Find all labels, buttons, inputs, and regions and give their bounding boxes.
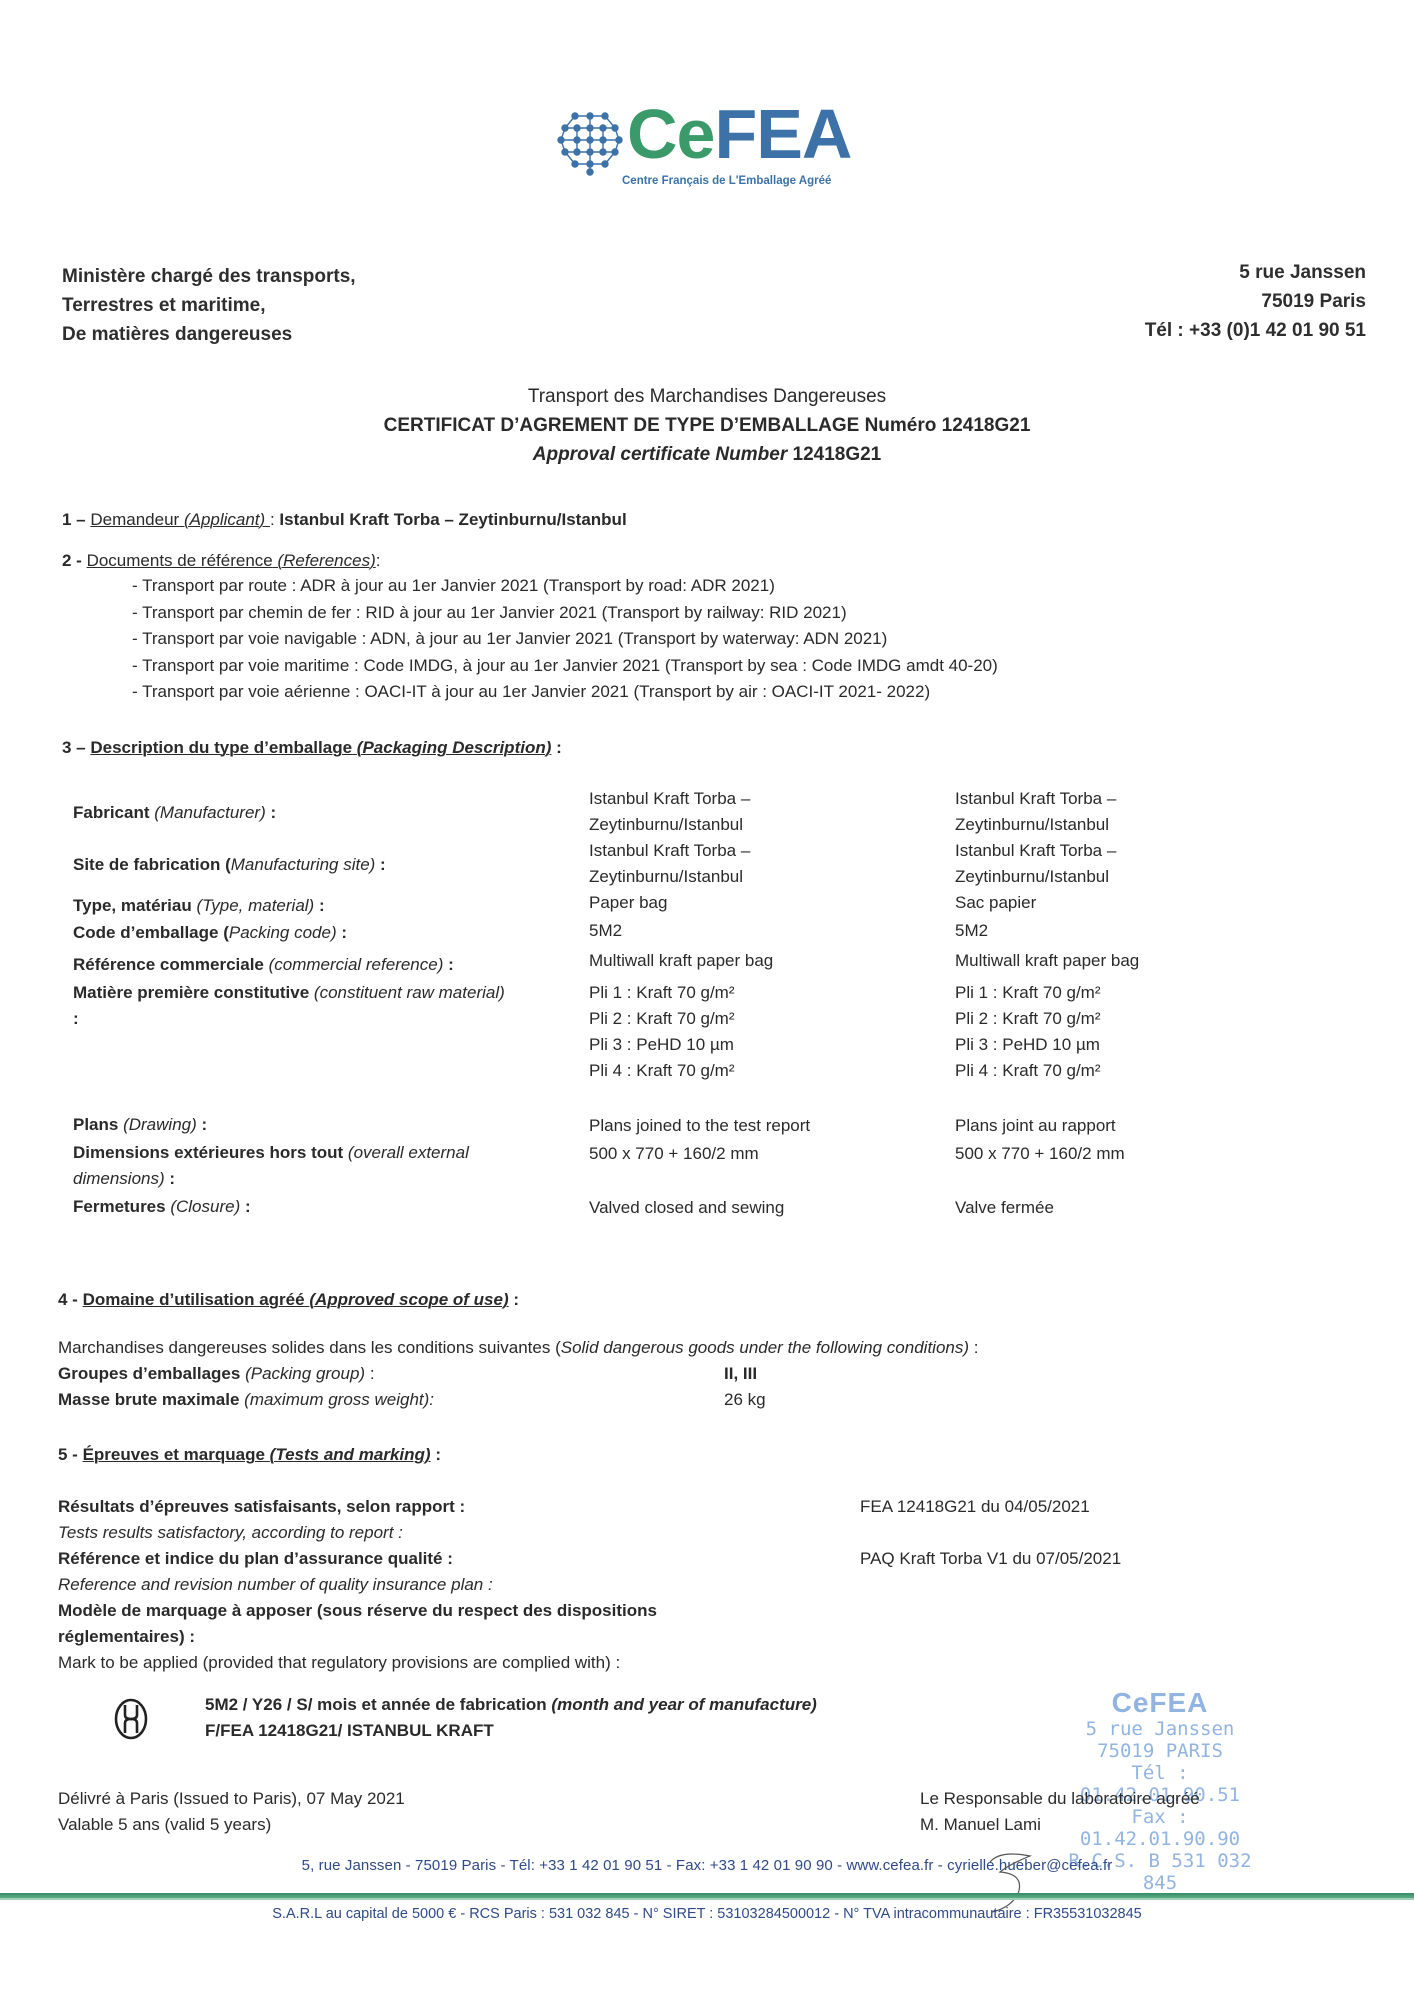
colon: : <box>240 1197 250 1216</box>
scope-intro-en: Solid dangerous goods under the followin… <box>561 1338 969 1357</box>
address-line: 5 rue Janssen <box>1145 258 1366 287</box>
section-applicant: 1 – Demandeur (Applicant) : Istanbul Kra… <box>62 507 627 533</box>
colon: : <box>337 923 347 942</box>
value-line: Multiwall kraft paper bag <box>955 948 1255 974</box>
title-approval-label: Approval certificate Number <box>533 444 787 465</box>
ministry-line: De matières dangereuses <box>62 320 356 349</box>
section-label-en: (Packaging Description) <box>357 738 552 757</box>
certificate-number: 12418G21 <box>793 444 882 465</box>
packaging-value-en: Multiwall kraft paper bag <box>589 948 889 974</box>
row-label-en: (Drawing) <box>118 1115 196 1134</box>
address-line: 75019 Paris <box>1145 287 1366 316</box>
value-line: Paper bag <box>589 890 889 916</box>
packaging-value-fr: Multiwall kraft paper bag <box>955 948 1255 974</box>
row-label-fr: Type, matériau <box>73 896 192 915</box>
footer-contact: 5, rue Janssen - 75019 Paris - Tél: +33 … <box>0 1857 1414 1874</box>
scope-intro-fr: Marchandises dangereuses solides dans le… <box>58 1338 561 1357</box>
address-block: 5 rue Janssen 75019 Paris Tél : +33 (0)1… <box>1145 258 1366 345</box>
packaging-value-en: Plans joined to the test report <box>589 1113 889 1139</box>
section-heading: Description du type d’emballage (Packagi… <box>90 738 551 757</box>
section-number: 5 - <box>58 1445 78 1464</box>
reference-list: - Transport par route : ADR à jour au 1e… <box>132 573 998 706</box>
qa-label-en: Reference and revision number of quality… <box>58 1572 758 1598</box>
packing-group-label: Groupes d’emballages (Packing group) : <box>58 1361 375 1387</box>
value-line: 5M2 <box>955 918 1255 944</box>
packaging-row-label: Plans (Drawing) : <box>73 1112 513 1138</box>
section-tests-marking: 5 - Épreuves et marquage (Tests and mark… <box>58 1442 441 1468</box>
section-number: 3 – <box>62 738 86 757</box>
packaging-value-fr: Plans joint au rapport <box>955 1113 1255 1139</box>
molecule-grid-icon <box>555 108 625 178</box>
ministry-line: Ministère chargé des transports, <box>62 262 356 291</box>
colon: : <box>556 738 562 757</box>
value-line: Pli 4 : Kraft 70 g/m² <box>589 1058 889 1084</box>
mark-label: Modèle de marquage à apposer (sous réser… <box>58 1598 738 1650</box>
row-label-en: (Closure) <box>166 1197 241 1216</box>
validity: Valable 5 ans (valid 5 years) <box>58 1812 405 1838</box>
section-label-en: (Applicant) <box>184 510 265 529</box>
packaging-value-fr: Sac papier <box>955 890 1255 916</box>
packaging-value-en: Valved closed and sewing <box>589 1195 889 1221</box>
colon: : <box>443 955 453 974</box>
packaging-row-label: Type, matériau (Type, material) : <box>73 893 513 919</box>
section-packaging-description: 3 – Description du type d’emballage (Pac… <box>62 735 562 761</box>
ministry-line: Terrestres et maritime, <box>62 291 356 320</box>
value-line: Sac papier <box>955 890 1255 916</box>
value-line: Plans joint au rapport <box>955 1113 1255 1139</box>
packaging-row-label: Site de fabrication (Manufacturing site)… <box>73 852 513 878</box>
packaging-value-fr: Istanbul Kraft Torba –Zeytinburnu/Istanb… <box>955 786 1255 838</box>
packaging-value-en: Paper bag <box>589 890 889 916</box>
value-line: 5M2 <box>589 918 889 944</box>
signatory-block: Le Responsable du laboratoire agréé M. M… <box>920 1786 1200 1838</box>
section-heading: Demandeur (Applicant) <box>90 510 265 529</box>
reference-item: - Transport par voie aérienne : OACI-IT … <box>132 679 998 706</box>
row-label-en: (Type, material) <box>192 896 315 915</box>
packing-group-label-fr: Groupes d’emballages <box>58 1364 240 1383</box>
ministry-block: Ministère chargé des transports, Terrest… <box>62 262 356 349</box>
reference-item: - Transport par voie navigable : ADN, à … <box>132 626 998 653</box>
colon: : <box>969 1338 978 1357</box>
section-label-en: (References) <box>277 551 375 570</box>
value-line: Pli 3 : PeHD 10 µm <box>955 1032 1255 1058</box>
value-line: Valve fermée <box>955 1195 1255 1221</box>
row-label-fr: Fabricant <box>73 803 150 822</box>
issued-date: Délivré à Paris (Issued to Paris), 07 Ma… <box>58 1786 405 1812</box>
packaging-row-label: Matière première constitutive (constitue… <box>73 980 513 1032</box>
row-label-en: Packing code) <box>229 923 337 942</box>
value-line: Istanbul Kraft Torba – <box>955 838 1255 864</box>
value-line: Plans joined to the test report <box>589 1113 889 1139</box>
gross-weight-label: Masse brute maximale (maximum gross weig… <box>58 1387 434 1413</box>
packaging-value-fr: 500 x 770 + 160/2 mm <box>955 1141 1255 1167</box>
logo-fea: FEA <box>714 95 851 173</box>
section-number: 2 - <box>62 551 82 570</box>
row-label-en: (constituent raw material) <box>309 983 505 1002</box>
results-value: FEA 12418G21 du 04/05/2021 <box>860 1494 1090 1520</box>
reference-item: - Transport par chemin de fer : RID à jo… <box>132 600 998 627</box>
value-line: Pli 2 : Kraft 70 g/m² <box>589 1006 889 1032</box>
packing-group-value: II, III <box>724 1361 757 1387</box>
colon: : <box>165 1169 175 1188</box>
section-label: Domaine d’utilisation agréé <box>83 1290 305 1309</box>
scope-intro: Marchandises dangereuses solides dans le… <box>58 1335 1358 1361</box>
packaging-value-en: Pli 1 : Kraft 70 g/m²Pli 2 : Kraft 70 g/… <box>589 980 889 1084</box>
results-label-en: Tests results satisfactory, according to… <box>58 1520 758 1546</box>
section-label-en: (Approved scope of use) <box>309 1290 508 1309</box>
signatory-title: Le Responsable du laboratoire agréé <box>920 1786 1200 1812</box>
colon: : <box>435 1445 441 1464</box>
value-line: Istanbul Kraft Torba – <box>955 786 1255 812</box>
section-heading: Documents de référence (References) <box>87 551 376 570</box>
value-line: Pli 4 : Kraft 70 g/m² <box>955 1058 1255 1084</box>
row-label-en: Manufacturing site) <box>231 855 376 874</box>
value-line: Zeytinburnu/Istanbul <box>955 864 1255 890</box>
reference-item: - Transport par route : ADR à jour au 1e… <box>132 573 998 600</box>
value-line: Pli 3 : PeHD 10 µm <box>589 1032 889 1058</box>
marking-code-en: (month and year of manufacture) <box>551 1695 816 1714</box>
value-line: Istanbul Kraft Torba – <box>589 838 889 864</box>
marking-line-1: 5M2 / Y26 / S/ mois et année de fabricat… <box>205 1692 817 1718</box>
gross-weight-label-fr: Masse brute maximale <box>58 1390 239 1409</box>
row-label-en: (Manufacturer) <box>150 803 266 822</box>
packaging-value-fr: 5M2 <box>955 918 1255 944</box>
gross-weight-value: 26 kg <box>724 1387 766 1413</box>
mark-label-en: Mark to be applied (provided that regula… <box>58 1650 758 1676</box>
packaging-value-fr: Valve fermée <box>955 1195 1255 1221</box>
colon: : <box>197 1115 207 1134</box>
un-packaging-symbol-icon <box>113 1697 149 1741</box>
footer-divider-shadow <box>0 1898 1414 1900</box>
value-line: 500 x 770 + 160/2 mm <box>955 1141 1255 1167</box>
value-line: Valved closed and sewing <box>589 1195 889 1221</box>
title-line-3: Approval certificate Number 12418G21 <box>0 440 1414 469</box>
value-line: Pli 1 : Kraft 70 g/m² <box>955 980 1255 1006</box>
stamp-line: 75019 PARIS <box>1060 1740 1260 1762</box>
row-label-en: (commercial reference) <box>264 955 444 974</box>
stamp-line: 5 rue Janssen <box>1060 1718 1260 1740</box>
colon: : <box>513 1290 519 1309</box>
issued-block: Délivré à Paris (Issued to Paris), 07 Ma… <box>58 1786 405 1838</box>
qa-value: PAQ Kraft Torba V1 du 07/05/2021 <box>860 1546 1121 1572</box>
row-label-fr: Matière première constitutive <box>73 983 309 1002</box>
colon: : <box>376 551 381 570</box>
packaging-value-fr: Pli 1 : Kraft 70 g/m²Pli 2 : Kraft 70 g/… <box>955 980 1255 1084</box>
value-line: Zeytinburnu/Istanbul <box>589 812 889 838</box>
signatory-name: M. Manuel Lami <box>920 1812 1200 1838</box>
footer-legal: S.A.R.L au capital de 5000 € - RCS Paris… <box>0 1906 1414 1922</box>
title-line-1: Transport des Marchandises Dangereuses <box>0 382 1414 411</box>
marking-code: 5M2 / Y26 / S/ mois et année de fabricat… <box>205 1695 551 1714</box>
row-label-fr: Dimensions extérieures hors tout <box>73 1143 343 1162</box>
stamp-line: CeFEA <box>1060 1688 1260 1718</box>
value-line: Pli 2 : Kraft 70 g/m² <box>955 1006 1255 1032</box>
marking-line-2: F/FEA 12418G21/ ISTANBUL KRAFT <box>205 1718 817 1744</box>
marking-text: 5M2 / Y26 / S/ mois et année de fabricat… <box>205 1692 817 1744</box>
row-label-fr: Plans <box>73 1115 118 1134</box>
qa-label: Référence et indice du plan d’assurance … <box>58 1546 758 1572</box>
colon: : <box>270 510 275 529</box>
row-label-fr: Code d’emballage ( <box>73 923 229 942</box>
section-label: Épreuves et marquage <box>83 1445 265 1464</box>
tests-labels: Résultats d’épreuves satisfaisants, selo… <box>58 1494 758 1676</box>
row-label-fr: Fermetures <box>73 1197 166 1216</box>
value-line: Pli 1 : Kraft 70 g/m² <box>589 980 889 1006</box>
logo-ce: Ce <box>627 95 714 173</box>
value-line: Zeytinburnu/Istanbul <box>589 864 889 890</box>
section-number: 4 - <box>58 1290 78 1309</box>
packaging-row-label: Fermetures (Closure) : <box>73 1194 513 1220</box>
certificate-title: Transport des Marchandises Dangereuses C… <box>0 382 1414 469</box>
colon: : <box>314 896 324 915</box>
packaging-value-en: 500 x 770 + 160/2 mm <box>589 1141 889 1167</box>
section-label-en: (Tests and marking) <box>270 1445 431 1464</box>
section-heading: Épreuves et marquage (Tests and marking) <box>83 1445 431 1464</box>
value-line: Zeytinburnu/Istanbul <box>955 812 1255 838</box>
cefea-logo: CeFEA Centre Français de L'Emballage Agr… <box>555 100 885 195</box>
packaging-row-label: Dimensions extérieures hors tout (overal… <box>73 1140 513 1192</box>
results-label: Résultats d’épreuves satisfaisants, selo… <box>58 1494 758 1520</box>
logo-wordmark: CeFEA <box>627 94 851 174</box>
section-label: Documents de référence <box>87 551 273 570</box>
applicant-value: Istanbul Kraft Torba – Zeytinburnu/Istan… <box>279 510 626 529</box>
colon: : <box>73 1009 79 1028</box>
reference-item: - Transport par voie maritime : Code IMD… <box>132 653 998 680</box>
value-line: Multiwall kraft paper bag <box>589 948 889 974</box>
row-label-fr: Référence commerciale <box>73 955 264 974</box>
section-references: 2 - Documents de référence (References): <box>62 548 380 574</box>
packaging-row-label: Référence commerciale (commercial refere… <box>73 952 513 978</box>
packaging-value-fr: Istanbul Kraft Torba –Zeytinburnu/Istanb… <box>955 838 1255 890</box>
packing-group-label-en: (Packing group) <box>245 1364 365 1383</box>
section-label: Description du type d’emballage <box>90 738 352 757</box>
title-line-2: CERTIFICAT D’AGREMENT DE TYPE D’EMBALLAG… <box>0 411 1414 440</box>
packaging-value-en: Istanbul Kraft Torba –Zeytinburnu/Istanb… <box>589 786 889 838</box>
value-line: 500 x 770 + 160/2 mm <box>589 1141 889 1167</box>
packaging-value-en: 5M2 <box>589 918 889 944</box>
packaging-value-en: Istanbul Kraft Torba –Zeytinburnu/Istanb… <box>589 838 889 890</box>
row-label-fr: Site de fabrication ( <box>73 855 231 874</box>
packaging-row-label: Code d’emballage (Packing code) : <box>73 920 513 946</box>
logo-subtitle: Centre Français de L'Emballage Agréé <box>622 175 831 187</box>
section-approved-scope: 4 - Domaine d’utilisation agréé (Approve… <box>58 1287 519 1313</box>
packaging-row-label: Fabricant (Manufacturer) : <box>73 800 513 826</box>
gross-weight-label-en: (maximum gross weight): <box>244 1390 434 1409</box>
value-line: Istanbul Kraft Torba – <box>589 786 889 812</box>
phone-line: Tél : +33 (0)1 42 01 90 51 <box>1145 316 1366 345</box>
colon: : <box>266 803 276 822</box>
section-number: 1 – <box>62 510 86 529</box>
section-heading: Domaine d’utilisation agréé (Approved sc… <box>83 1290 509 1309</box>
colon: : <box>375 855 385 874</box>
section-label: Demandeur <box>90 510 179 529</box>
